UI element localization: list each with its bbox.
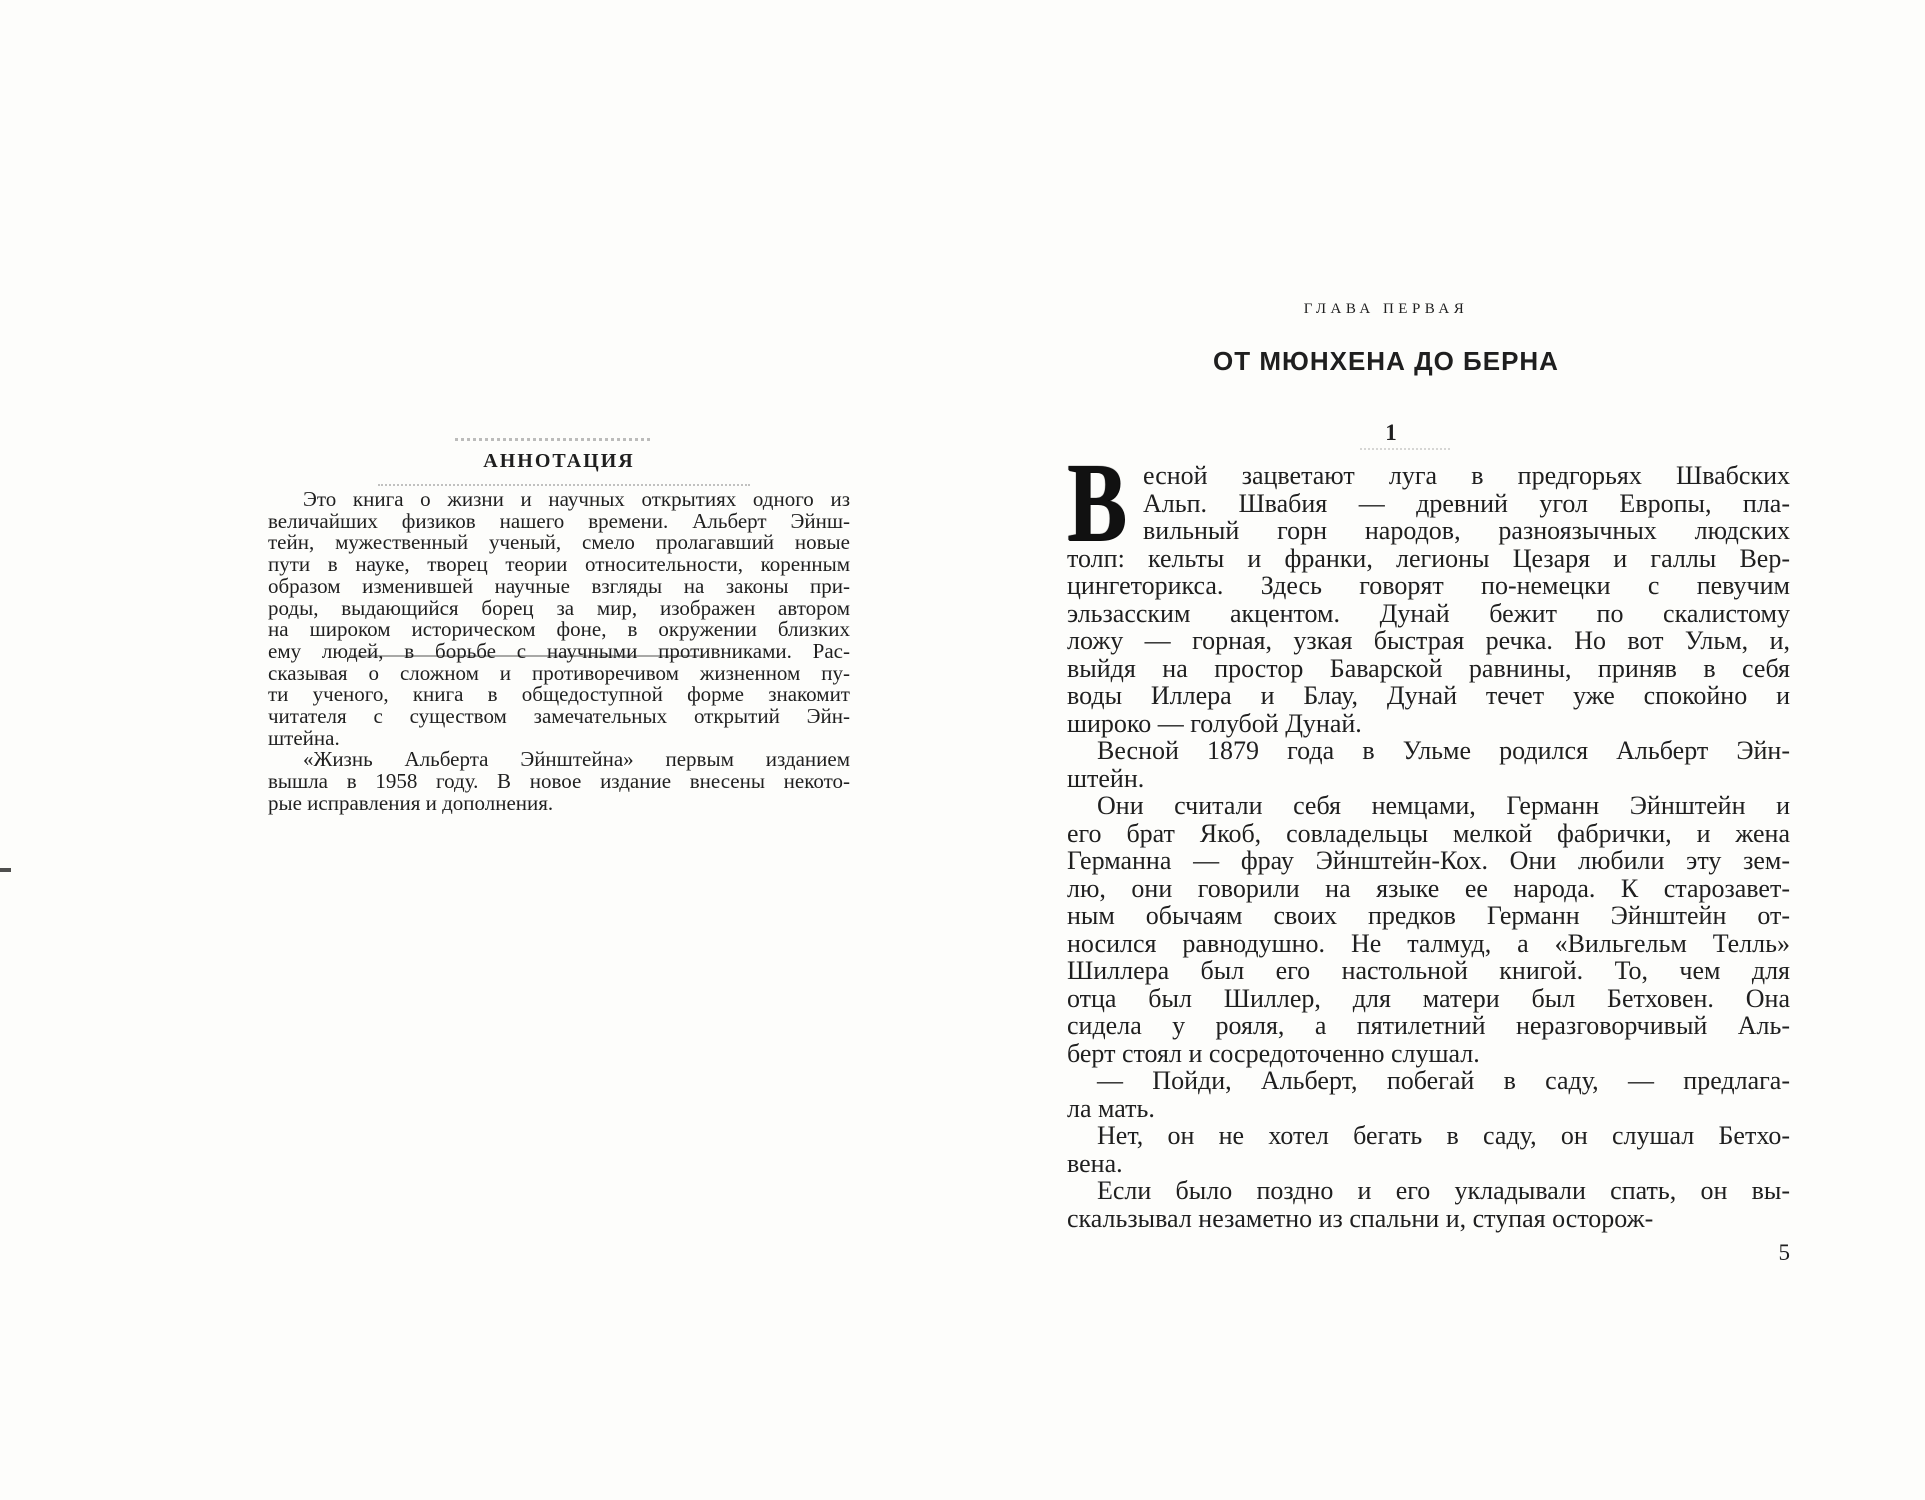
- text-line: Они считали себя немцами, Германн Эйнште…: [1067, 792, 1790, 820]
- paragraph: — Пойди, Альберт, побегай в саду, — пред…: [1067, 1067, 1790, 1122]
- scan-artifact: [1360, 448, 1450, 450]
- text-line: на широком историческом фоне, в окружени…: [268, 619, 850, 641]
- text-line: Шиллера был его настольной книгой. То, ч…: [1067, 957, 1790, 985]
- paragraph: «Жизнь Альберта Эйнштейна» первым издани…: [268, 749, 850, 814]
- text-line: — Пойди, Альберт, побегай в саду, — пред…: [1067, 1067, 1790, 1095]
- drop-cap-initial: В: [1067, 462, 1113, 544]
- text-line: есной зацветают луга в предгорьях Швабск…: [1067, 462, 1790, 490]
- text-line: образом изменившей научные взгляды на за…: [268, 576, 850, 598]
- text-line: Германна — фрау Эйнштейн-Кох. Они любили…: [1067, 847, 1790, 875]
- paragraph: Они считали себя немцами, Германн Эйнште…: [1067, 792, 1790, 1067]
- text-line: вена.: [1067, 1150, 1790, 1178]
- text-line: носился равнодушно. Не талмуд, а «Вильге…: [1067, 930, 1790, 958]
- scan-artifact: [378, 484, 750, 486]
- paragraph: Весной 1879 года в Ульме родился Альберт…: [1067, 737, 1790, 792]
- text-line: пути в науке, творец теории относительно…: [268, 554, 850, 576]
- section-number: 1: [1067, 420, 1790, 446]
- text-line: эльзасским акцентом. Дунай бежит по скал…: [1067, 600, 1790, 628]
- text-line: берт стоял и сосредоточенно слушал.: [1067, 1040, 1790, 1068]
- text-line: Весной 1879 года в Ульме родился Альберт…: [1067, 737, 1790, 765]
- scan-artifact: [0, 868, 11, 872]
- text-line: широко — голубой Дунай.: [1067, 710, 1790, 738]
- scan-artifact: [455, 438, 650, 441]
- text-line: ему людей, в борьбе с научными противник…: [268, 641, 850, 663]
- annotation-body: Это книга о жизни и научных открытиях од…: [268, 489, 850, 815]
- text-line: воды Иллера и Блау, Дунай течет уже спок…: [1067, 682, 1790, 710]
- text-line: ным обычаям своих предков Германн Эйнште…: [1067, 902, 1790, 930]
- text-line: читателя с существом замечательных откры…: [268, 706, 850, 728]
- text-line: его брат Якоб, совладельцы мелкой фабрич…: [1067, 820, 1790, 848]
- text-line: сказывая о сложном и противоречивом жизн…: [268, 663, 850, 685]
- text-line: вышла в 1958 году. В новое издание внесе…: [268, 771, 850, 793]
- paragraph: Нет, он не хотел бегать в саду, он слуша…: [1067, 1122, 1790, 1177]
- text-line: Если было поздно и его укладывали спать,…: [1067, 1177, 1790, 1205]
- text-line: тейн, мужественный ученый, смело пролага…: [268, 532, 850, 554]
- text-line: роды, выдающийся борец за мир, изображен…: [268, 598, 850, 620]
- chapter-body: В есной зацветают луга в предгорьях Шваб…: [1067, 462, 1790, 1232]
- text-line: толп: кельты и франки, легионы Цезаря и …: [1067, 545, 1790, 573]
- text-line: ла мать.: [1067, 1095, 1790, 1123]
- text-line: ти ученого, книга в общедоступной форме …: [268, 684, 850, 706]
- chapter-title: ОТ МЮНХЕНА ДО БЕРНА: [1067, 346, 1790, 377]
- text-line: Нет, он не хотел бегать в саду, он слуша…: [1067, 1122, 1790, 1150]
- text-line: вильный горн народов, разноязычных людск…: [1067, 517, 1790, 545]
- text-line: штейн.: [1067, 765, 1790, 793]
- text-line: рые исправления и дополнения.: [268, 793, 850, 815]
- text-line: Альп. Швабия — древний угол Европы, пла-: [1067, 490, 1790, 518]
- text-line: лю, они говорили на языке ее народа. К с…: [1067, 875, 1790, 903]
- text-line: Это книга о жизни и научных открытиях од…: [268, 489, 850, 511]
- text-line: выйдя на простор Баварской равнины, прин…: [1067, 655, 1790, 683]
- page-number: 5: [1690, 1240, 1790, 1266]
- text-line: цингеторикса. Здесь говорят по-немецки с…: [1067, 572, 1790, 600]
- text-line: отца был Шиллер, для матери был Бетховен…: [1067, 985, 1790, 1013]
- text-line: ложу — горная, узкая быстрая речка. Но в…: [1067, 627, 1790, 655]
- text-line: сидела у рояля, а пятилетний неразговорч…: [1067, 1012, 1790, 1040]
- text-line: штейна.: [268, 728, 850, 750]
- text-line: «Жизнь Альберта Эйнштейна» первым издани…: [268, 749, 850, 771]
- text-line: величайших физиков нашего времени. Альбе…: [268, 511, 850, 533]
- paragraph: Если было поздно и его укладывали спать,…: [1067, 1177, 1790, 1232]
- paragraph: Это книга о жизни и научных открытиях од…: [268, 489, 850, 749]
- paragraph: есной зацветают луга в предгорьях Швабск…: [1067, 462, 1790, 737]
- text-line: скальзывал незаметно из спальни и, ступа…: [1067, 1205, 1790, 1233]
- annotation-heading: АННОТАЦИЯ: [268, 450, 850, 473]
- chapter-label: ГЛАВА ПЕРВАЯ: [1067, 301, 1790, 318]
